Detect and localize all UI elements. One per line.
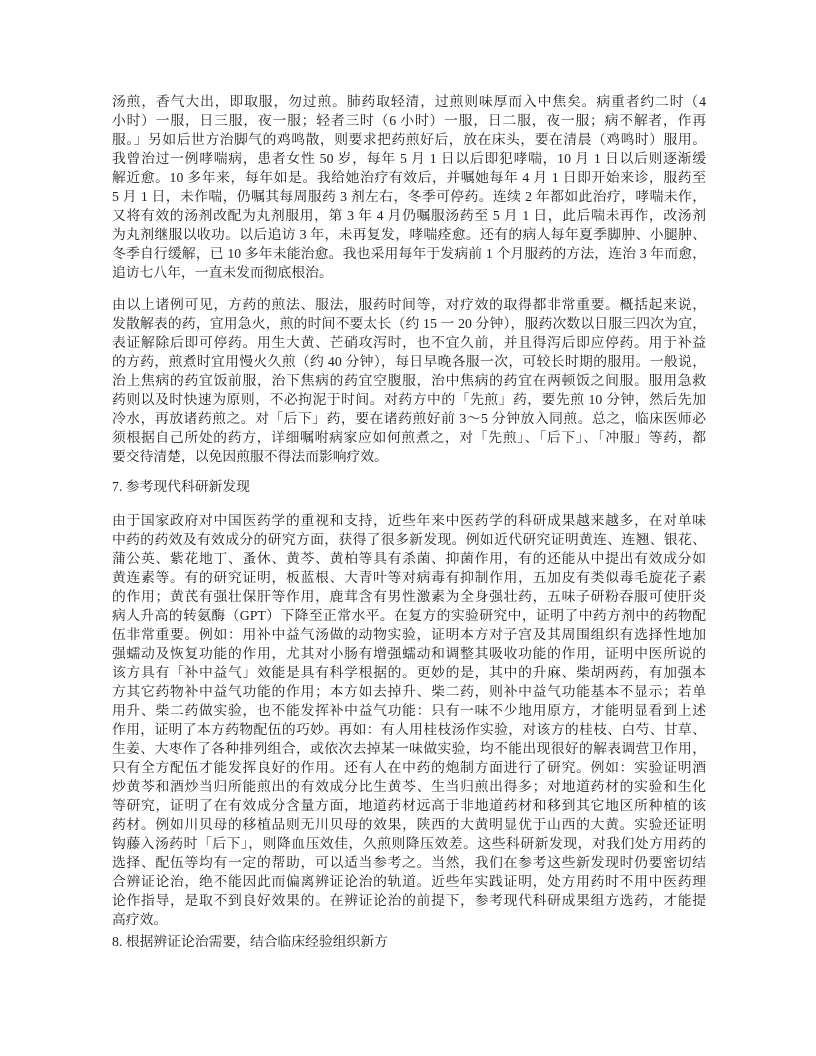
text-line: 小时）一服，日三服，夜一服；轻者三时（6 小时）一服，日二服，夜一服；病不解者，…	[112, 111, 706, 130]
text-line: 中药的药效及有效成分的研究方面，获得了很多新发现。例如近代研究证明黄连、连翘、银…	[112, 530, 706, 549]
text-line: 冬季自行缓解，已 10 多年未能治愈。我也采用每年于发病前 1 个月服药的方法，…	[112, 244, 706, 263]
text-line: 伍非常重要。例如：用补中益气汤做的动物实验，证明本方对子宫及其周围组织有选择性地…	[112, 625, 706, 644]
text-line: 生姜、大枣作了各种排列组合，或依次去掉某一味做实验，均不能出现很好的解表调营卫作…	[112, 739, 706, 758]
text-line: 蒲公英、紫花地丁、蚤休、黄芩、黄柏等具有杀菌、抑菌作用，有的还能从中提出有效成分…	[112, 549, 706, 568]
text-line: 方其它药物补中益气功能的作用；本方如去掉升、柴二药，则补中益气功能基本不显示；若…	[112, 682, 706, 701]
text-line: 追访七八年，一直未发而彻底根治。	[112, 263, 706, 282]
paragraph-decoction-method-summary: 由以上诸例可见，方药的煎法、服法，服药时间等，对疗效的取得都非常重要。概括起来说…	[112, 295, 706, 466]
text-line: 发散解表的药，宜用急火，煎的时间不要太长（约 15 一 20 分钟），服药次数以…	[112, 314, 706, 333]
text-line: 只有全方配伍才能发挥良好的作用。还有人在中药的炮制方面进行了研究。例如：实验证明…	[112, 758, 706, 777]
text-line: 等研究，证明了在有效成分含量方面，地道药材远高于非地道药材和移到其它地区所种植的…	[112, 796, 706, 815]
text-line: 作用，证明了本方药物配伍的巧妙。再如：有人用桂枝汤作实验，对该方的桂枝、白芍、甘…	[112, 720, 706, 739]
text-line: 论作指导，是取不到良好效果的。在辨证论治的前提下，参考现代科研成果组方选药，才能…	[112, 891, 706, 910]
text-line: 由于国家政府对中国医药学的重视和支持，近些年来中医药学的科研成果越来越多，在对单…	[112, 511, 706, 530]
text-line: 表证解除后即可停药。用生大黄、芒硝攻泻时，也不宜久前，并且得泻后即应停药。用于补…	[112, 333, 706, 352]
text-line: 5 月 1 日，未作喘，仍嘱其每周服药 3 剂左右，冬季可停药。连续 2 年都如…	[112, 187, 706, 206]
text-line: 黄连素等。有的研究证明，板蓝根、大青叶等对病毒有抑制作用，五加皮有类似毒毛旋花子…	[112, 568, 706, 587]
text-line: 冷水，再放诸药煎之。对「后下」药，要在诸药煎好前 3～5 分钟放入同煎。总之，临…	[112, 409, 706, 428]
text-line: 该方具有「补中益气」效能是具有科学根据的。更妙的是，其中的升麻、柴胡两药，有加强…	[112, 663, 706, 682]
text-line: 解近愈。10 多年来，每年如是。我给她治疗有效后，并嘱她每年 4 月 1 日即开…	[112, 168, 706, 187]
heading-section-7: 7. 参考现代科研新发现	[112, 477, 706, 496]
text-line: 治上焦病的药宜饭前服，治下焦病的药宜空腹服，治中焦病的药宜在两顿饭之间服。服用急…	[112, 371, 706, 390]
text-line: 要交待清楚，以免因煎服不得法而影响疗效。	[112, 447, 706, 466]
text-line: 由以上诸例可见，方药的煎法、服法，服药时间等，对疗效的取得都非常重要。概括起来说…	[112, 295, 706, 314]
text-line: 炒黄芩和酒炒当归所能煎出的有效成分比生黄芩、生当归煎出得多；对地道药材的实验和生…	[112, 777, 706, 796]
text-line: 强蠕动及恢复功能的作用，尤其对小肠有增强蠕动和调整其吸收功能的作用，证明中医所说…	[112, 644, 706, 663]
text-line: 选择、配伍等均有一定的帮助，可以适当参考之。当然，我们在参考这些新发现时仍要密切…	[112, 853, 706, 872]
text-line: 的方药，煎煮时宜用慢火久煎（约 40 分钟），每日早晚各服一次，可较长时期的服用…	[112, 352, 706, 371]
document-page: 汤煎，香气大出，即取服，勿过煎。肺药取轻清，过煎则味厚而入中焦矣。病重者约二时（…	[0, 0, 816, 1056]
text-line: 药材。例如川贝母的移植品则无川贝母的效果，陕西的大黄明显优于山西的大黄。实验还证…	[112, 815, 706, 834]
text-line: 须根据自己所处的药方，详细嘱咐病家应如何煎煮之，对「先煎」、「后下」、「冲服」等…	[112, 428, 706, 447]
text-line: 为丸剂继服以收功。以后追访 3 年，未再复发，哮喘痊愈。还有的病人每年夏季脚肿、…	[112, 225, 706, 244]
text-line: 合辨证论治，绝不能因此而偏离辨证论治的轨道。近些年实践证明，处方用药时不用中医药…	[112, 872, 706, 891]
paragraph-decoction-timing-cases: 汤煎，香气大出，即取服，勿过煎。肺药取轻清，过煎则味厚而入中焦矣。病重者约二时（…	[112, 92, 706, 282]
text-line: 我曾治过一例哮喘病，患者女性 50 岁，每年 5 月 1 日以后即犯哮喘，10 …	[112, 149, 706, 168]
text-column: 汤煎，香气大出，即取服，勿过煎。肺药取轻清，过煎则味厚而入中焦矣。病重者约二时（…	[112, 0, 706, 951]
text-line: 钩藤入汤药时「后下」，则降血压效佳，久煎则降压效差。这些科研新发现，对我们处方用…	[112, 834, 706, 853]
text-line: 汤煎，香气大出，即取服，勿过煎。肺药取轻清，过煎则味厚而入中焦矣。病重者约二时（…	[112, 92, 706, 111]
text-line: 病人升高的转氨酶（GPT）下降至正常水平。在复方的实验研究中，证明了中药方剂中的…	[112, 606, 706, 625]
text-line: 用升、柴二药做实验，也不能发挥补中益气功能：只有一味不少地用原方，才能明显看到上…	[112, 701, 706, 720]
heading-section-8: 8. 根据辨证论治需要，结合临床经验组织新方	[112, 932, 706, 951]
text-line: 的作用；黄芪有强壮保肝等作用，鹿茸含有男性激素为全身强壮药，五味子研粉吞服可使肝…	[112, 587, 706, 606]
text-line: 服。」另如后世方治脚气的鸡鸣散，则要求把药煎好后，放在床头，要在清晨（鸡鸣时）服…	[112, 130, 706, 149]
text-line: 又将有效的汤剂改配为丸剂服用，第 3 年 4 月仍嘱服汤药至 5 月 1 日，此…	[112, 206, 706, 225]
paragraph-modern-research-findings: 由于国家政府对中国医药学的重视和支持，近些年来中医药学的科研成果越来越多，在对单…	[112, 511, 706, 929]
text-line: 高疗效。	[112, 910, 706, 929]
text-line: 药则以及时快速为原则，不必拘泥于时间。对药方中的「先煎」药，要先煎 10 分钟，…	[112, 390, 706, 409]
